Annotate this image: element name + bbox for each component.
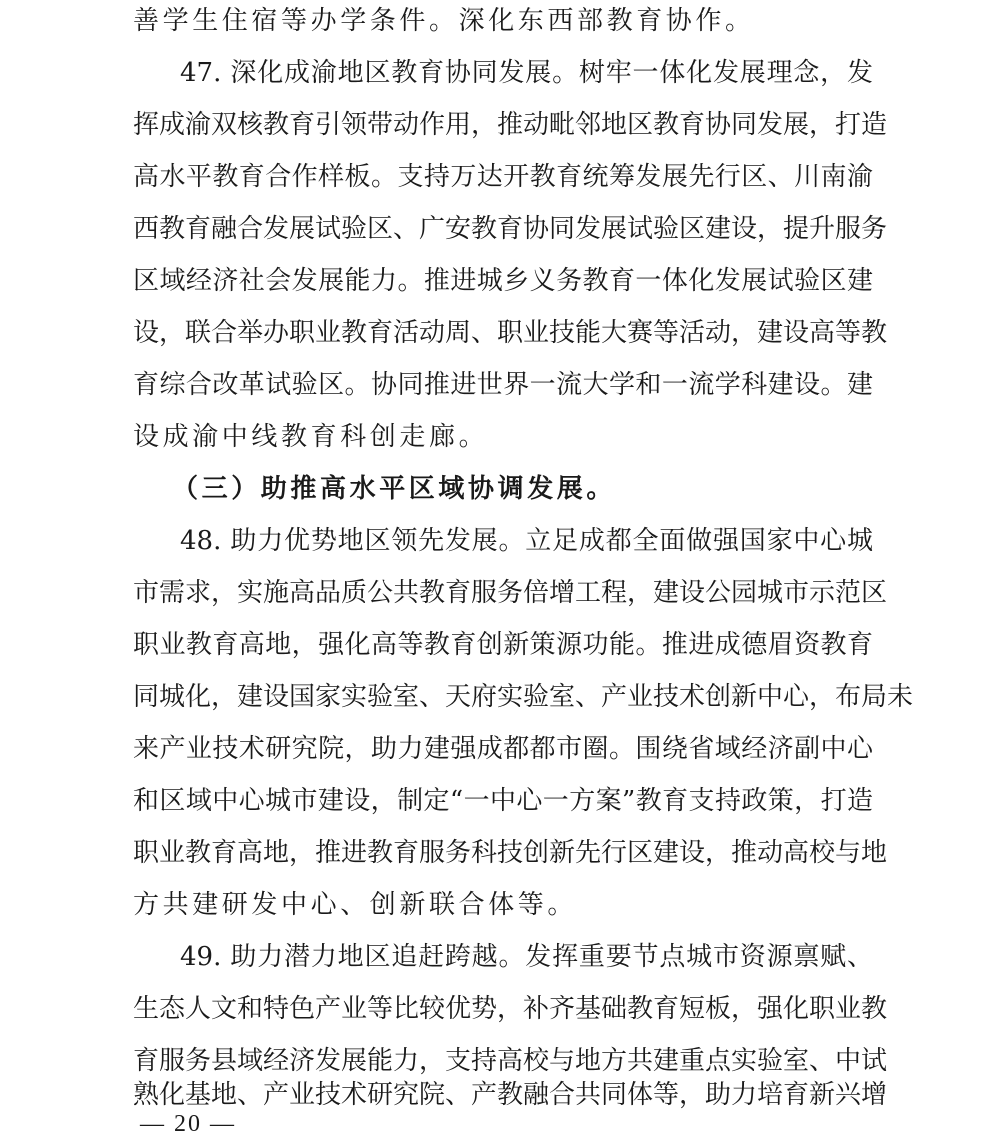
paragraph-line: 48. 助力优势地区领先发展。立足成都全面做强国家中心城 [180, 524, 873, 558]
paragraph-line: 高水平教育合作样板。支持万达开教育统筹发展先行区、川南渝 [133, 160, 873, 194]
paragraph-line: 47. 深化成渝地区教育协同发展。树牢一体化发展理念，发 [180, 56, 873, 90]
paragraph-line: 来产业技术研究院，助力建强成都都市圈。围绕省域经济副中心 [133, 732, 873, 766]
paragraph-line: 熟化基地、产业技术研究院、产教融合共同体等，助力培育新兴增 [133, 1078, 873, 1112]
paragraph-line: 49. 助力潜力地区追赶跨越。发挥重要节点城市资源禀赋、 [180, 940, 873, 974]
paragraph-line: 西教育融合发展试验区、广安教育协同发展试验区建设，提升服务 [133, 212, 873, 246]
paragraph-line: 挥成渝双核教育引领带动作用，推动毗邻地区教育协同发展，打造 [133, 108, 873, 142]
paragraph-line: 育综合改革试验区。协同推进世界一流大学和一流学科建设。建 [133, 368, 873, 402]
document-page: 善学生住宿等办学条件。深化东西部教育协作。 47. 深化成渝地区教育协同发展。树… [0, 0, 1000, 1141]
paragraph-line: 生态人文和特色产业等比较优势，补齐基础教育短板，强化职业教 [133, 992, 873, 1026]
paragraph-line: 育服务县域经济发展能力，支持高校与地方共建重点实验室、中试 [133, 1044, 873, 1078]
paragraph-line: 方共建研发中心、创新联合体等。 [133, 888, 873, 922]
paragraph-line: 市需求，实施高品质公共教育服务倍增工程，建设公园城市示范区 [133, 576, 873, 610]
paragraph-line: 善学生住宿等办学条件。深化东西部教育协作。 [133, 4, 873, 38]
paragraph-line: 区域经济社会发展能力。推进城乡义务教育一体化发展试验区建 [133, 264, 873, 298]
paragraph-line: 职业教育高地，强化高等教育创新策源功能。推进成德眉资教育 [133, 628, 873, 662]
page-number: — 20 — [140, 1109, 236, 1139]
paragraph-line: 设，联合举办职业教育活动周、职业技能大赛等活动，建设高等教 [133, 316, 873, 350]
section-heading: （三）助推高水平区域协调发展。 [172, 472, 865, 506]
paragraph-line: 设成渝中线教育科创走廊。 [133, 420, 873, 454]
paragraph-line: 职业教育高地，推进教育服务科技创新先行区建设，推动高校与地 [133, 836, 873, 870]
paragraph-line: 同城化，建设国家实验室、天府实验室、产业技术创新中心，布局未 [133, 680, 873, 714]
paragraph-line: 和区域中心城市建设，制定“一中心一方案”教育支持政策，打造 [133, 784, 873, 818]
